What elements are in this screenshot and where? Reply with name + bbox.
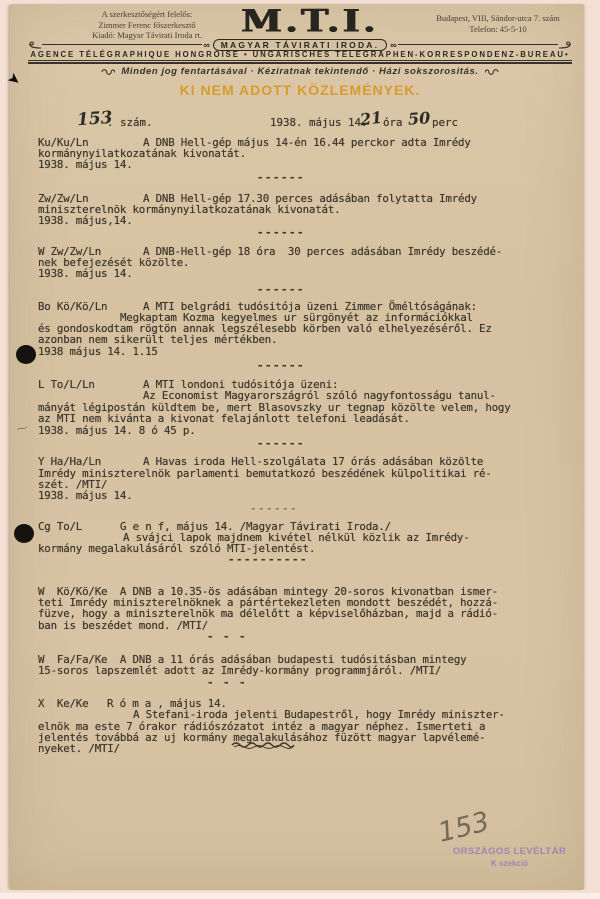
banner-rule-left xyxy=(42,44,202,45)
squiggle-end-mark xyxy=(231,740,295,750)
typed-line: L To/L/Ln xyxy=(38,378,95,391)
phone-line: Telefon: 45-5-10 xyxy=(413,24,583,35)
document-title: KI NEM ADOTT KÖZLEMÉNYEK. xyxy=(27,82,573,98)
mti-logo: M.T.I. xyxy=(198,2,422,39)
minute-label: perc xyxy=(432,116,458,129)
banner-rule-right xyxy=(398,44,558,45)
scroll-ornament-left-icon xyxy=(101,67,115,77)
masthead-address-block: Budapest, VIII, Sándor-utca 7. szám Tele… xyxy=(413,13,583,35)
typed-line: X Ke/Ke xyxy=(38,697,88,710)
typed-line: A DNB-Hell-gép 18 óra 30 perces adásában… xyxy=(143,245,502,258)
separator-line: ------ xyxy=(257,171,305,184)
scroll-ornament-right-icon xyxy=(485,67,499,77)
separator-line: - - - xyxy=(207,676,247,689)
typed-line: nyeket. /MTI/ xyxy=(38,742,120,755)
minute-handwritten: 50 xyxy=(407,108,431,129)
ornament-knot-left-icon: ∞ xyxy=(203,40,209,50)
separator-line: ------ xyxy=(250,502,298,515)
separator-line: ------ xyxy=(257,283,305,296)
separator-line: ---------- xyxy=(228,553,308,566)
separator-line: ------ xyxy=(257,437,305,450)
rights-motto-row: Minden jog fentartásával · Kéziratnak te… xyxy=(28,66,572,77)
typed-line: 1938. május 14. xyxy=(38,489,133,502)
stamp-title: ORSZÁGOS LEVÉLTÁR xyxy=(447,846,572,857)
flourish-right-icon xyxy=(558,40,572,50)
agency-multilingual-line: AGENCE TÉLÉGRAPHIQUE HONGROISE • UNGARIS… xyxy=(28,50,572,59)
punch-hole-icon xyxy=(14,524,34,543)
flourish-left-icon xyxy=(28,40,42,50)
header-rule-thick xyxy=(28,62,572,64)
ornament-knot-right-icon: ∞ xyxy=(390,40,396,50)
stamp-section: K szekció xyxy=(447,859,572,868)
typed-line: Bo Kö/Kö/Ln xyxy=(38,300,107,313)
hour-handwritten: 21 xyxy=(359,108,383,130)
typed-line: 1938. május 14. xyxy=(38,267,133,280)
separator-line: ------ xyxy=(257,359,305,372)
scanned-document-page: A szerkesztőségért felelős: Zimmer Feren… xyxy=(0,0,600,899)
issue-suffix: . szám. xyxy=(107,116,153,129)
typed-line: 1938 május 14. 1.15 xyxy=(38,345,158,358)
hour-label: óra xyxy=(383,116,403,129)
typed-line: 1938. május 14. xyxy=(38,158,133,171)
document-date: 1938. május 14. xyxy=(270,116,368,129)
rights-motto: Minden jog fentartásával · Kéziratnak te… xyxy=(121,66,478,77)
typed-line: ban is beszédet mond. /MTI/ xyxy=(38,619,208,632)
typed-line: Cg To/L xyxy=(38,520,82,533)
typed-line: 1938. május,14. xyxy=(38,214,133,227)
typed-line: 1938. május 14. 8 ó 45 p. xyxy=(38,424,196,437)
archive-stamp: ORSZÁGOS LEVÉLTÁR K szekció xyxy=(447,846,572,868)
scan-border-bottom xyxy=(0,893,600,899)
separator-line: - - - xyxy=(207,630,247,643)
separator-line: ------ xyxy=(257,226,305,239)
header-rule-thin xyxy=(28,60,572,61)
punch-hole-icon xyxy=(16,345,36,364)
address-line: Budapest, VIII, Sándor-utca 7. szám xyxy=(413,13,583,24)
